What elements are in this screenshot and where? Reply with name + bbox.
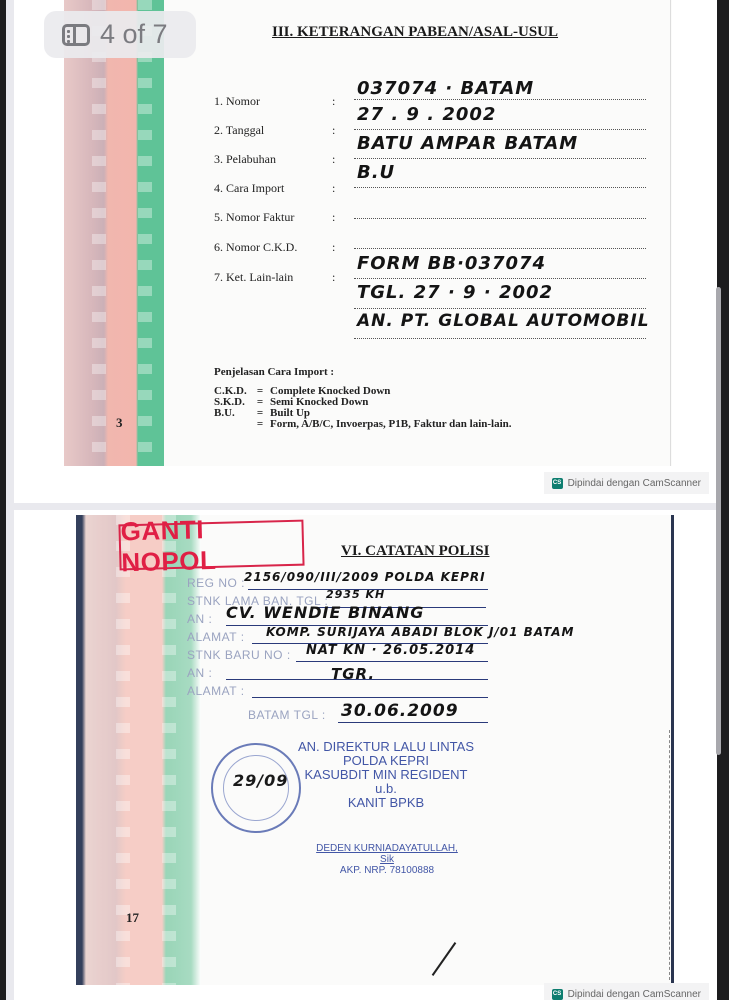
camscanner-watermark: CS Dipindai dengan CamScanner — [544, 983, 709, 1000]
document-page-5: GANTI NOPOL VI. CATATAN POLISI REG NO : … — [14, 510, 717, 1000]
handwritten-value: 037074 · BATAM — [357, 78, 534, 99]
page-indicator[interactable]: 4 of 7 — [44, 11, 196, 58]
section-title: VI. CATATAN POLISI — [341, 543, 490, 560]
handwritten-value: KOMP. SURIJAYA ABADI BLOK J/01 BATAM — [266, 625, 574, 639]
scanned-sheet: III. KETERANGAN PABEAN/ASAL-USUL 1. Nomo… — [64, 0, 672, 466]
handwritten-value: 2156/090/III/2009 POLDA KEPRI — [244, 570, 486, 584]
ganti-nopol-stamp: GANTI NOPOL — [118, 520, 304, 571]
pen-mark — [432, 942, 457, 976]
page-number: 3 — [116, 415, 123, 431]
sheet-edge — [669, 730, 670, 980]
handwritten-value: CV. WENDIE BINANG — [226, 603, 424, 622]
import-legend: Penjelasan Cara Import : C.K.D.=Complete… — [214, 367, 512, 430]
handwritten-value: BATU AMPAR BATAM — [357, 133, 578, 154]
decorative-border — [64, 0, 164, 466]
camscanner-icon: CS — [552, 989, 563, 1000]
handwritten-value: 2935 KH — [326, 588, 385, 601]
signature-block: AN. DIREKTUR LALU LINTAS POLDA KEPRI KAS… — [286, 740, 486, 810]
handwritten-value: TGR. — [331, 665, 375, 683]
section-title: III. KETERANGAN PABEAN/ASAL-USUL — [272, 24, 558, 41]
sidebar-toggle-icon[interactable] — [62, 24, 90, 46]
handwritten-value: NAT KN · 26.05.2014 — [306, 643, 475, 658]
handwritten-value: 30.06.2009 — [341, 701, 459, 721]
page-number: 17 — [126, 910, 139, 926]
handwritten-value: B.U — [357, 162, 395, 183]
camscanner-watermark: CS Dipindai dengan CamScanner — [544, 472, 709, 494]
handwritten-value: FORM BB·037074 — [357, 253, 546, 274]
camscanner-icon: CS — [552, 478, 563, 489]
handwritten-value: TGL. 27 · 9 · 2002 — [357, 282, 553, 303]
scanned-sheet: GANTI NOPOL VI. CATATAN POLISI REG NO : … — [76, 515, 674, 985]
vertical-scrollbar[interactable] — [716, 287, 721, 755]
signer-name: DEDEN KURNIADAYATULLAH, Sik AKP. NRP. 78… — [312, 843, 462, 876]
document-viewer: III. KETERANGAN PABEAN/ASAL-USUL 1. Nomo… — [6, 0, 717, 1000]
handwritten-value: AN. PT. GLOBAL AUTOMOBIL — [357, 311, 650, 331]
document-page-4: III. KETERANGAN PABEAN/ASAL-USUL 1. Nomo… — [14, 0, 717, 503]
sheet-edge — [670, 0, 671, 466]
handwritten-value: 27 . 9 . 2002 — [357, 104, 496, 125]
